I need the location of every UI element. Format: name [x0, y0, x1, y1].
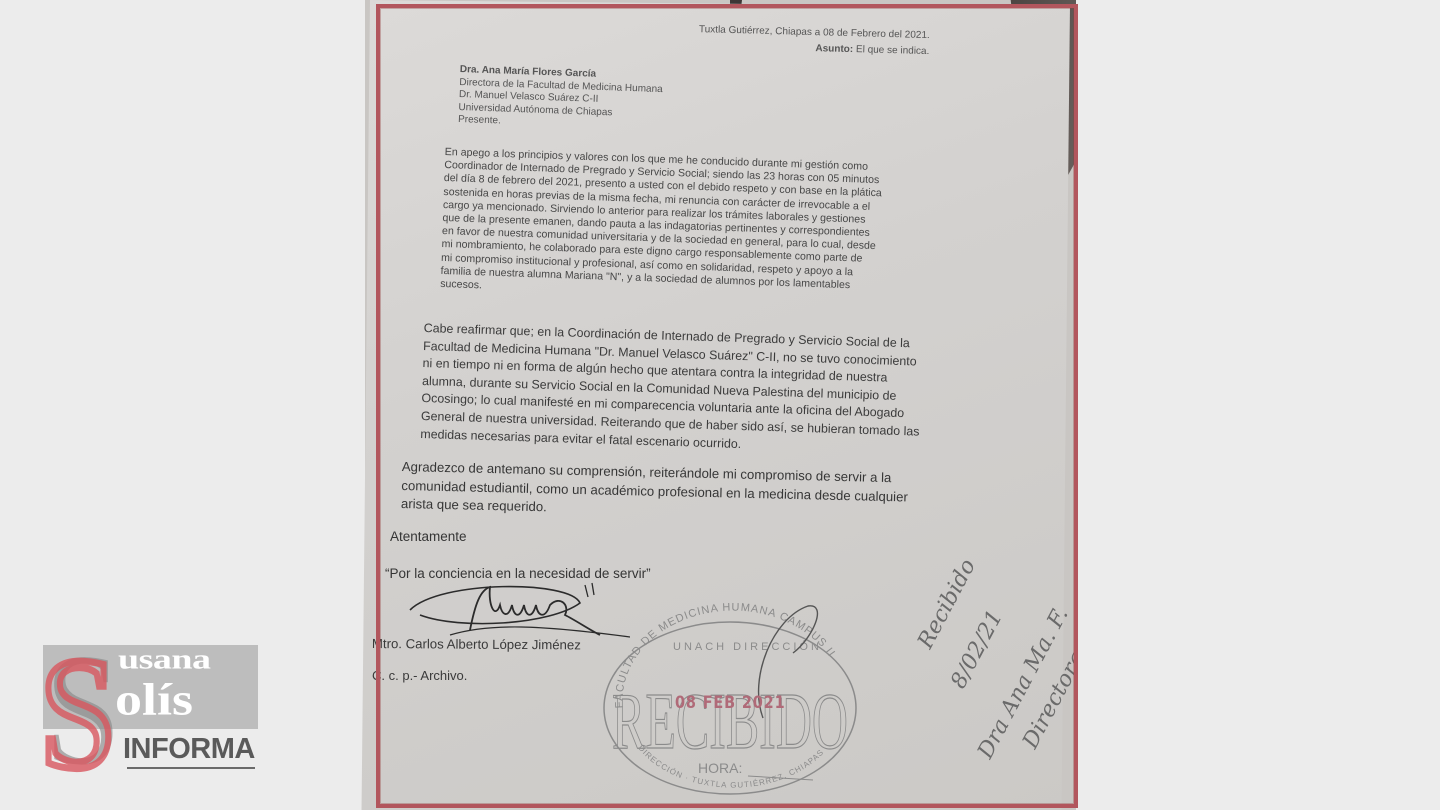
logo-word-informa: INFORMA: [123, 733, 255, 766]
signer-name: Mtro. Carlos Alberto López Jiménez: [372, 636, 581, 652]
paragraph-resignation: En apego a los principios y valores con …: [440, 146, 883, 306]
paragraph-thanks: Agradezco de antemano su comprensión, re…: [401, 458, 909, 525]
susana-solis-informa-logo: S S usana olís INFORMA: [43, 645, 258, 773]
note-line: 8/02/21: [946, 606, 1008, 693]
logo-word-solis: olís: [115, 673, 193, 726]
stamp-hora-label: HORA:: [698, 760, 742, 776]
stamp-date: 08 FEB 2021: [675, 693, 786, 713]
cc-archive: C. c. p.- Archivo.: [372, 668, 467, 683]
closing: Atentamente: [390, 528, 467, 546]
logo-word-usana: usana: [118, 643, 211, 676]
signature: [400, 575, 630, 645]
subject-line: Asunto: El que se indica.: [619, 38, 929, 58]
handwritten-received-note: Recibido 8/02/21 Dra Ana Ma. F. Director…: [905, 540, 1075, 780]
logo-underline: [127, 767, 255, 769]
recipient-block: Dra. Ana María Flores García Directora d…: [458, 64, 663, 134]
svg-text:S: S: [43, 645, 117, 773]
paragraph-reaffirm: Cabe reafirmar que; en la Coordinación d…: [420, 320, 922, 459]
subject-value: El que se indica.: [856, 44, 930, 57]
subject-label: Asunto:: [815, 43, 853, 55]
